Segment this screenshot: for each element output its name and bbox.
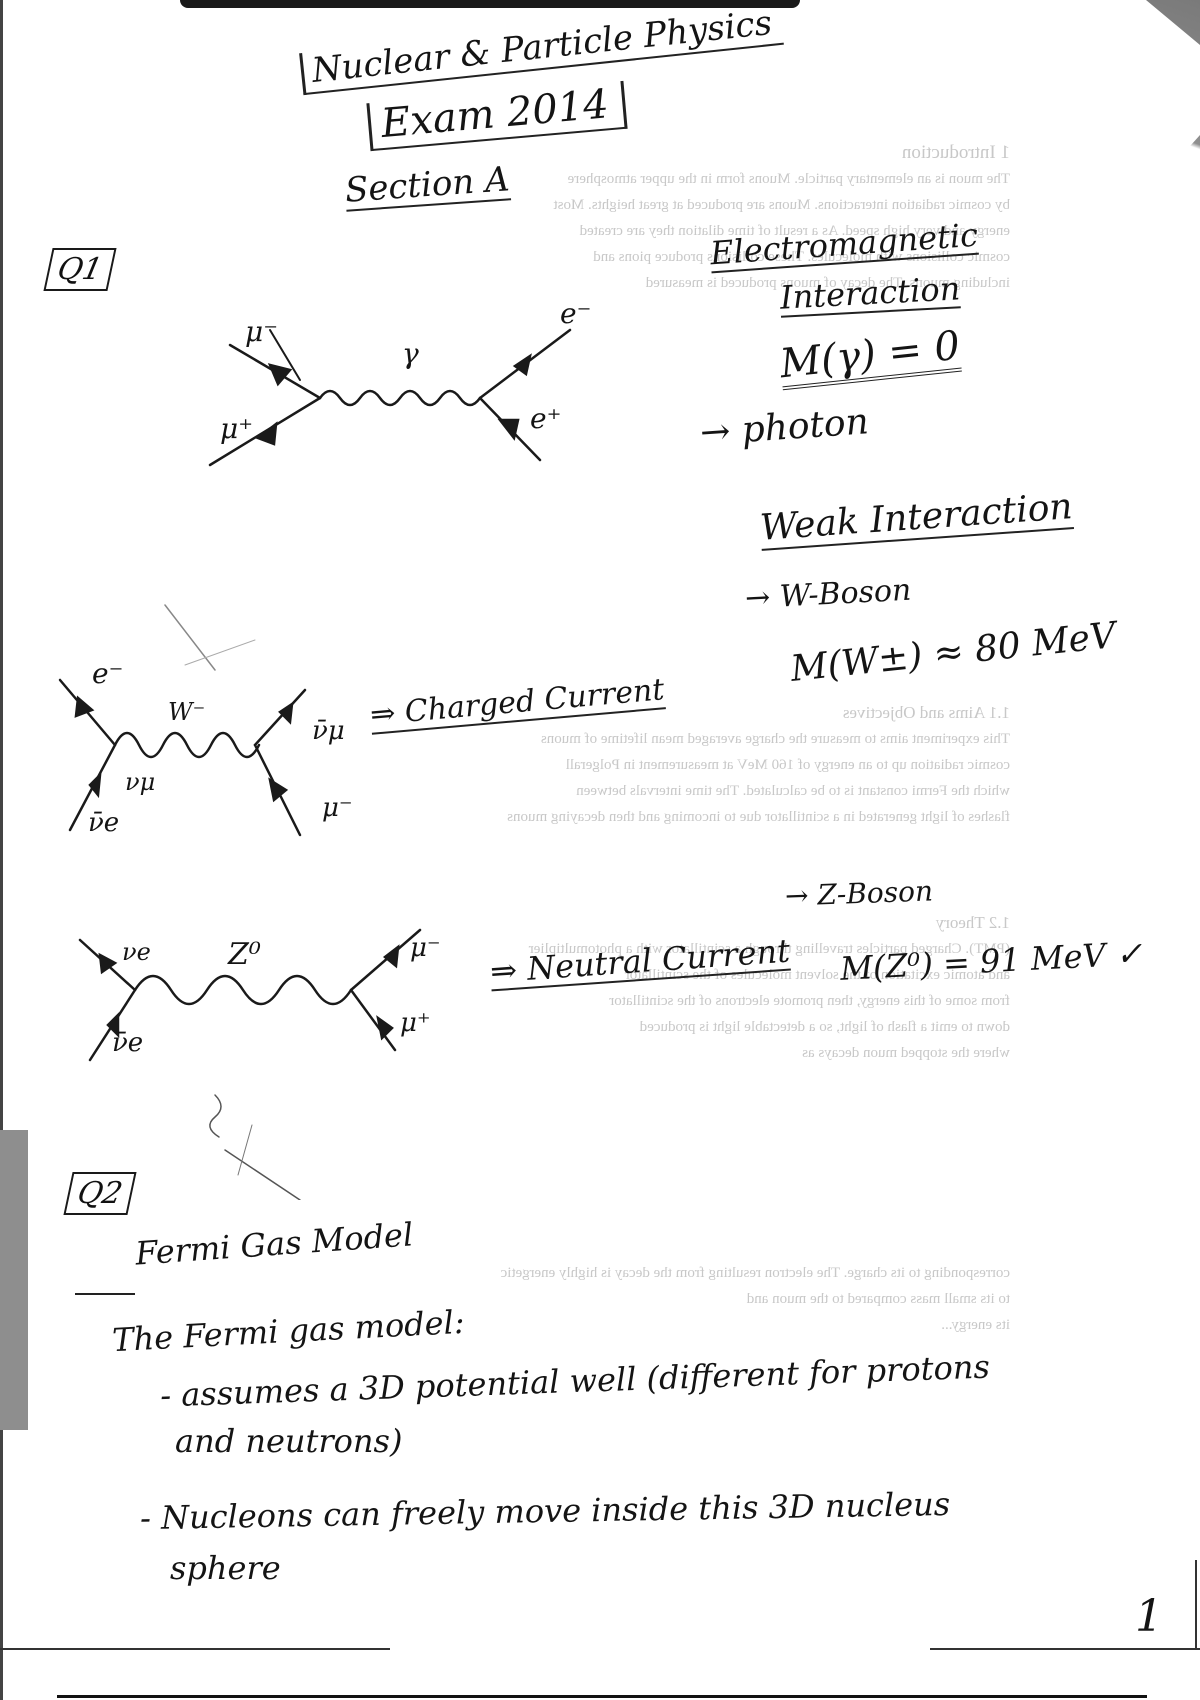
bullet-text: - assumes a 3D potential well (different… bbox=[160, 1348, 991, 1415]
label-text: μ⁺ bbox=[400, 1008, 431, 1038]
bullet-text: sphere bbox=[170, 1549, 281, 1587]
cc-label-vertex: νμ bbox=[125, 770, 155, 794]
bleed-line: corresponding to its charge. The electro… bbox=[170, 1260, 1010, 1286]
nc-label-out-top: μ⁻ bbox=[410, 935, 441, 961]
cc-label-propagator: W⁻ bbox=[168, 700, 205, 724]
q2-bullet-1-line1: - assumes a 3D potential well (different… bbox=[160, 1351, 991, 1412]
label-text: ν̄μ bbox=[312, 716, 345, 746]
cc-label-out-bottom: μ⁻ bbox=[322, 795, 353, 821]
label-text: νμ bbox=[125, 768, 155, 796]
q2-label-text: Q2 bbox=[74, 1176, 125, 1211]
label-text: γ bbox=[402, 337, 419, 370]
q2-intro-text: The Fermi gas model: bbox=[111, 1303, 465, 1359]
em-label-out-top: e⁻ bbox=[560, 300, 591, 328]
label-text: μ⁻ bbox=[245, 315, 278, 348]
label-text: Z⁰ bbox=[228, 937, 261, 972]
cc-label-in-top: e⁻ bbox=[92, 660, 123, 688]
label-text: e⁻ bbox=[560, 297, 591, 330]
feynman-diagrams bbox=[0, 0, 1200, 1200]
nc-label-out-bottom: μ⁺ bbox=[400, 1010, 431, 1036]
q2-bullet-2-line1: - Nucleons can freely move inside this 3… bbox=[140, 1488, 951, 1534]
bullet-text: - Nucleons can freely move inside this 3… bbox=[140, 1485, 951, 1537]
em-label-in-bottom: μ⁺ bbox=[220, 415, 253, 443]
scan-bottom-edge-right bbox=[930, 1648, 1200, 1650]
cc-label-in-bottom: ν̄e bbox=[88, 810, 119, 836]
em-feynman-diagram bbox=[210, 330, 570, 465]
label-text: e⁺ bbox=[530, 402, 561, 435]
label-text: μ⁻ bbox=[322, 793, 353, 823]
bullet-text: and neutrons) bbox=[175, 1422, 402, 1460]
q2-intro: The Fermi gas model: bbox=[111, 1306, 465, 1356]
cc-label-out-top: ν̄μ bbox=[312, 718, 345, 744]
em-label-in-top: μ⁻ bbox=[245, 318, 278, 346]
q2-divider bbox=[75, 1293, 135, 1295]
scan-bottom-edge-left bbox=[0, 1648, 390, 1650]
em-label-propagator: γ bbox=[402, 340, 419, 368]
nc-label-in-top: νe bbox=[122, 940, 151, 964]
question-label-q2: Q2 bbox=[63, 1172, 136, 1215]
bleed-line: to its small mass compared to the muon a… bbox=[170, 1286, 1010, 1312]
em-label-out-bottom: e⁺ bbox=[530, 405, 561, 433]
nc-label-propagator: Z⁰ bbox=[228, 940, 261, 970]
page-number: 1 bbox=[1135, 1595, 1163, 1639]
q2-bullet-1-line2: and neutrons) bbox=[175, 1425, 402, 1457]
label-text: W⁻ bbox=[168, 698, 205, 726]
label-text: νe bbox=[122, 938, 151, 966]
scan-right-edge bbox=[1195, 1560, 1197, 1650]
q2-bullet-2-line2: sphere bbox=[170, 1552, 281, 1584]
page-number-text: 1 bbox=[1135, 1591, 1163, 1642]
label-text: ν̄e bbox=[88, 808, 119, 838]
label-text: ν̄e bbox=[112, 1028, 143, 1058]
scan-bottom-rule bbox=[57, 1695, 1147, 1698]
label-text: μ⁻ bbox=[410, 933, 441, 963]
nc-label-in-bottom: ν̄e bbox=[112, 1030, 143, 1056]
label-text: e⁻ bbox=[92, 657, 123, 690]
label-text: μ⁺ bbox=[220, 412, 253, 445]
